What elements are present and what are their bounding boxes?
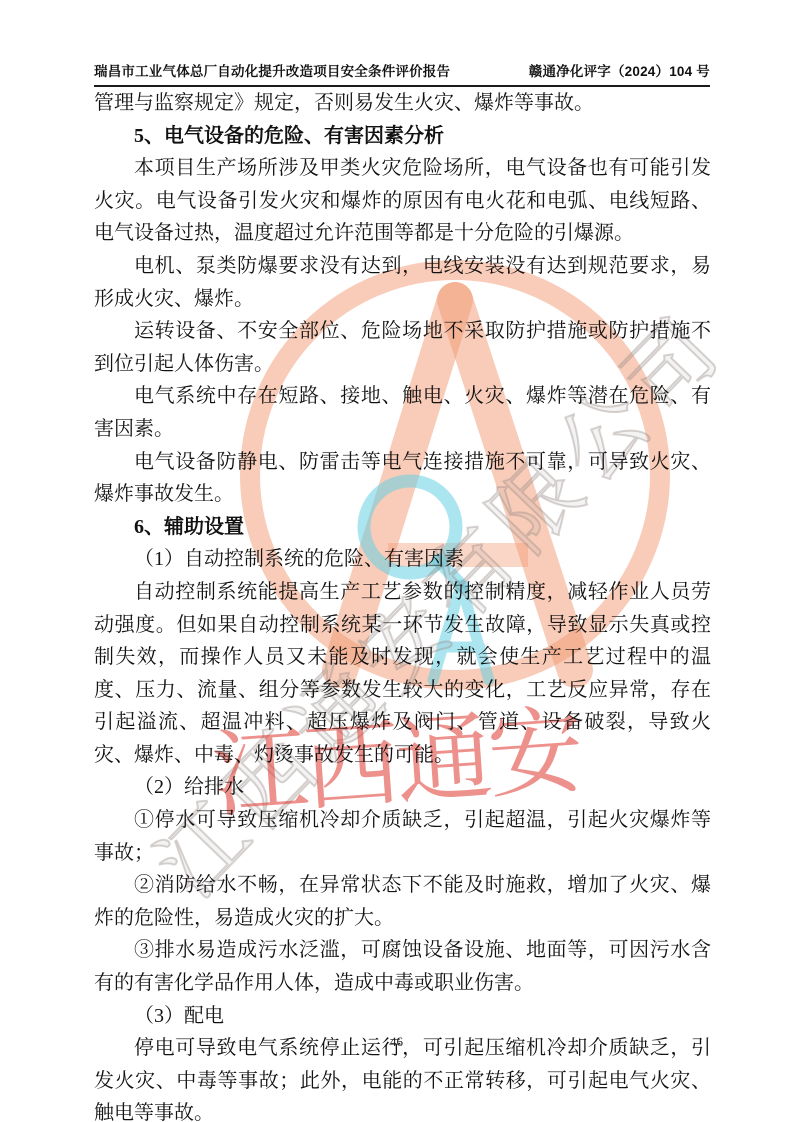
paragraph: 电气设备防静电、防雷击等电气连接措施不可靠，可导致火灾、爆炸事故发生。	[94, 446, 711, 511]
header-report-title: 瑞昌市工业气体总厂自动化提升改造项目安全条件评价报告	[94, 60, 450, 80]
paragraph: 运转设备、不安全部位、危险场地不采取防护措施或防护措施不到位引起人体伤害。	[94, 315, 711, 380]
paragraph: （2）给排水	[94, 771, 711, 804]
paragraph: ③排水易造成污水泛滥，可腐蚀设备设施、地面等，可因污水含有的有害化学品作用人体，…	[94, 934, 711, 999]
paragraph: 电机、泵类防爆要求没有达到，电线安装没有达到规范要求，易形成火灾、爆炸。	[94, 250, 711, 315]
document-page: 江西通安有限公司 江西通安 瑞昌市工业气体总厂自动化提升改造项目安全条件评价报告…	[0, 0, 793, 1122]
page-number: 46	[390, 1034, 403, 1049]
page-header: 瑞昌市工业气体总厂自动化提升改造项目安全条件评价报告 赣通净化评字（2024）1…	[94, 60, 710, 87]
paragraph: 管理与监察规定》规定，否则易发生火灾、爆炸等事故。	[94, 87, 711, 120]
paragraph: ②消防给水不畅，在异常状态下不能及时施救，增加了火灾、爆炸的危险性，易造成火灾的…	[94, 869, 711, 934]
header-doc-number: 赣通净化评字（2024）104 号	[529, 60, 710, 80]
page-footer: 46	[0, 1034, 793, 1050]
section-heading: 6、辅助设置	[94, 511, 711, 544]
paragraph: 本项目生产场所涉及甲类火灾危险场所，电气设备也有可能引发火灾。电气设备引发火灾和…	[94, 152, 711, 250]
paragraph: （1）自动控制系统的危险、有害因素	[94, 543, 711, 576]
paragraph: （3）配电	[94, 1000, 711, 1033]
paragraph: 自动控制系统能提高生产工艺参数的控制精度，减轻作业人员劳动强度。但如果自动控制系…	[94, 576, 711, 772]
section-heading: 5、电气设备的危险、有害因素分析	[94, 120, 711, 153]
paragraph: ①停水可导致压缩机冷却介质缺乏，引起超温，引起火灾爆炸等事故；	[94, 804, 711, 869]
document-body: 管理与监察规定》规定，否则易发生火灾、爆炸等事故。5、电气设备的危险、有害因素分…	[94, 87, 711, 1122]
paragraph: 电气系统中存在短路、接地、触电、火灾、爆炸等潜在危险、有害因素。	[94, 380, 711, 445]
